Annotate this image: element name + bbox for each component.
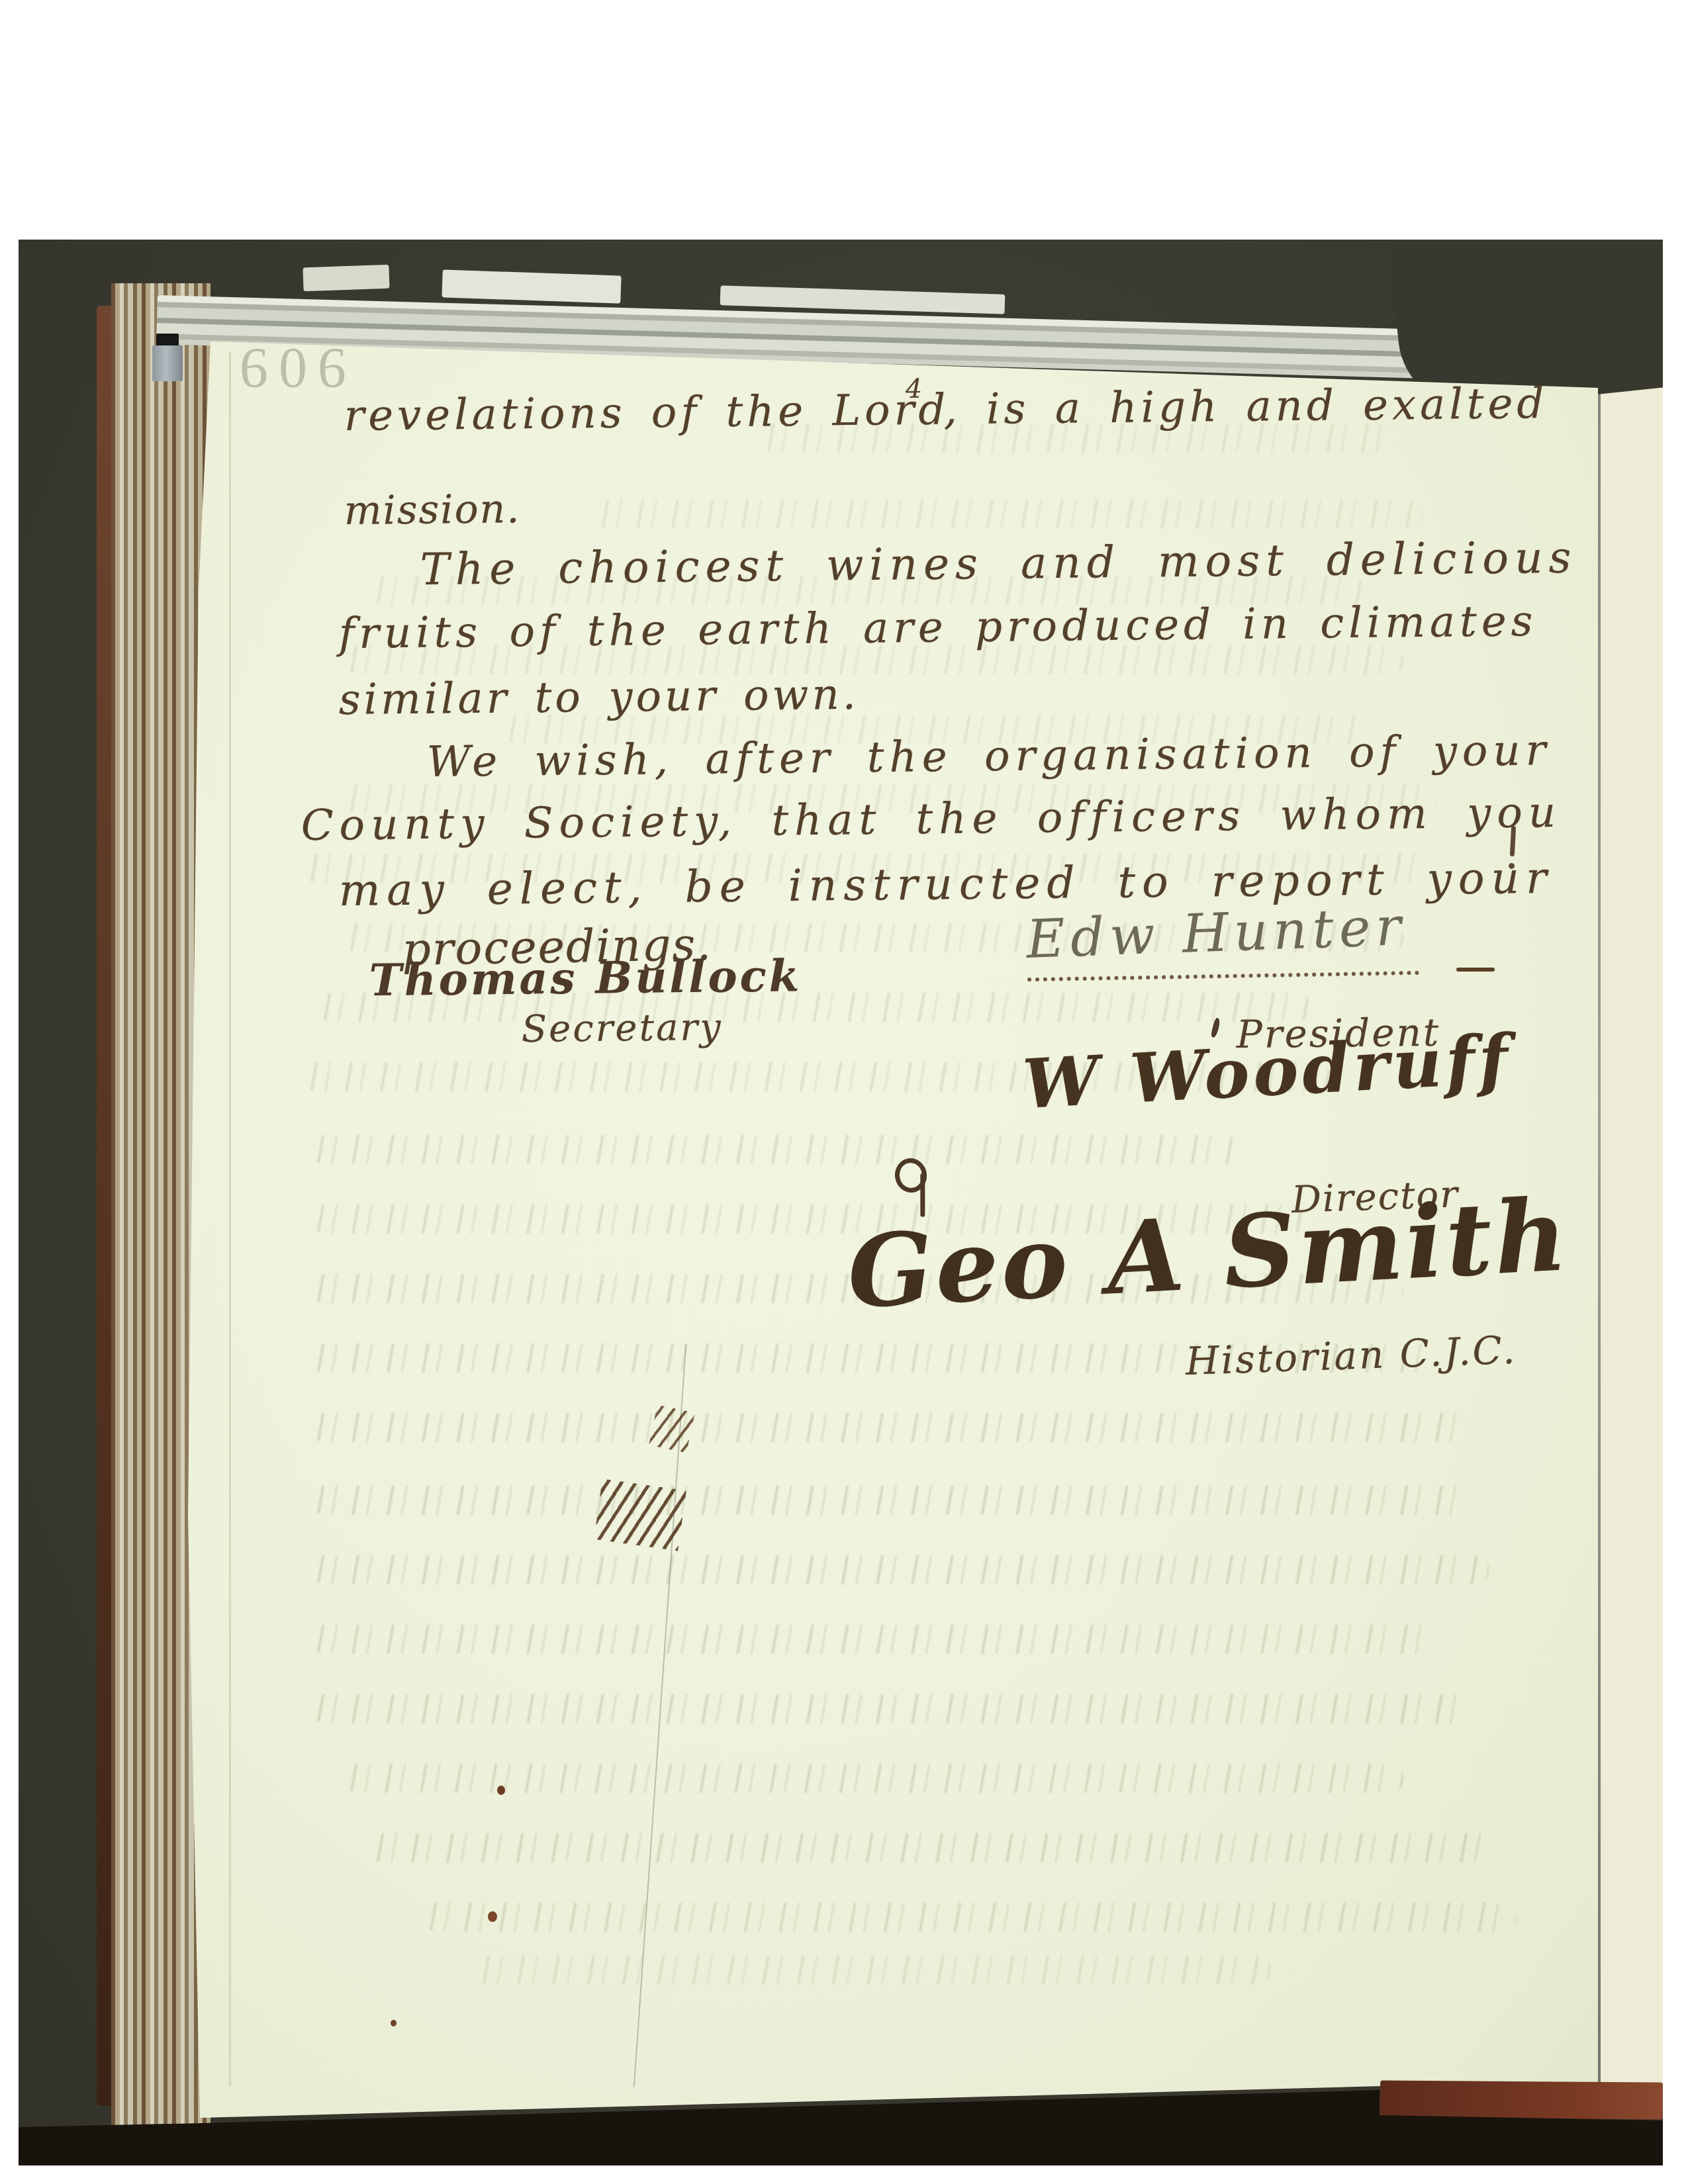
bleedthrough-ghost-writing [596,500,1423,529]
page-edge-tab [720,285,1006,314]
signature-president: Edw Hunter [1025,900,1407,966]
facing-page-sliver [1601,303,1663,2086]
page-edge-tab [303,265,389,292]
scanned-manuscript-page: 909 revelations of the Lord4, is a high … [0,0,1688,2184]
ink-smudge [594,1479,686,1551]
ink-speck [391,2020,397,2026]
bleedthrough-ghost-writing [311,1555,1489,1584]
line-text: revelations of the Lord [344,385,949,441]
superscript-annotation: 4 [906,377,927,403]
ink-speck [497,1786,505,1795]
secretary-title: Secretary [521,1009,723,1048]
bleedthrough-ghost-writing [311,1486,1470,1515]
signature-secretary: Thomas Bullock [369,954,802,1002]
bleedthrough-ghost-writing [371,1833,1496,1862]
bleedthrough-ghost-writing [477,1956,1271,1985]
manuscript-line: fruits of the earth are produced in clim… [338,600,1537,655]
bleedthrough-ghost-writing [311,1694,1470,1723]
manuscript-line: The choicest wines and most delicious [420,536,1577,592]
book-cover-edge [1380,2081,1663,2120]
line-text: , is a high and exalted [943,379,1548,435]
manuscript-line: mission. [344,489,520,531]
paper-crease [229,352,231,2086]
bleedthrough-ghost-writing [311,1135,1238,1164]
manuscript-line: similar to your own. [338,674,859,721]
book-photo: 909 revelations of the Lord4, is a high … [19,240,1663,2165]
historian-title: Historian C.J.C. [1185,1331,1517,1381]
ink-speck [488,1911,497,1922]
manuscript-line: revelations of the Lord4, is a high and … [344,383,1548,437]
page-number-stamp: 909 [227,339,346,402]
manuscript-line: County Society, that the officers whom y… [301,792,1562,847]
page-edge-tab [442,269,621,303]
manuscript-line: We wish, after the organisation of your [426,729,1551,784]
signature-dash [1456,968,1495,972]
bleedthrough-ghost-writing [311,1625,1436,1654]
bleedthrough-ghost-writing [424,1903,1516,1932]
bleedthrough-ghost-writing [311,1413,1470,1442]
binder-clip [152,345,183,381]
